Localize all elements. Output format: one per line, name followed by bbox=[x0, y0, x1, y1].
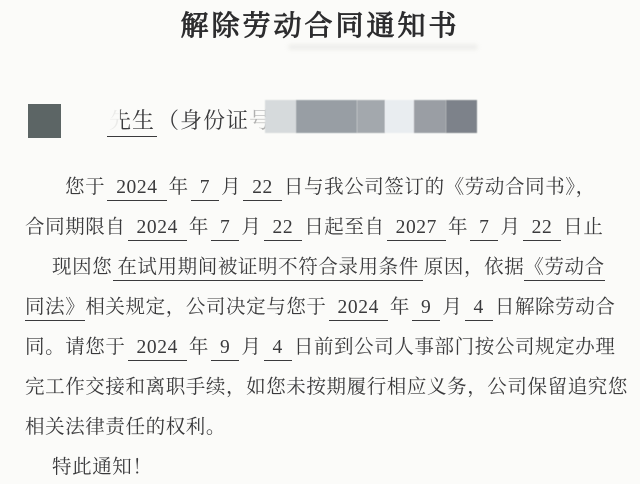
body-line-5: 同。请您于2024年9月4日前到公司人事部门按公司规定办理 bbox=[25, 328, 622, 368]
recipient-id-label: （身份证 bbox=[157, 108, 249, 133]
scan-artifact bbox=[288, 44, 478, 50]
blank-reason: 在试用期间被证明不符合录用条件 bbox=[113, 257, 423, 281]
id-redaction-block bbox=[385, 100, 414, 133]
blank-day: 22 bbox=[243, 177, 282, 201]
recipient-text: 先生（身份证号 bbox=[107, 104, 272, 135]
blank-year: 2024 bbox=[128, 217, 187, 241]
name-partial-redaction bbox=[105, 102, 120, 134]
termination-notice-document: 解除劳动合同通知书 先生（身份证号 您于2024年7月22日与我公司签订的《劳动… bbox=[0, 0, 640, 484]
blank-month: 7 bbox=[211, 217, 239, 241]
document-body: 您于2024年7月22日与我公司签订的《劳动合同书》， 合同期限自2024年7月… bbox=[25, 168, 622, 484]
id-redaction-block bbox=[357, 100, 385, 133]
blank-day: 4 bbox=[264, 337, 292, 361]
text-segment: 日前到公司人事部门按公司规定办理 bbox=[294, 337, 616, 358]
text-segment: 年 bbox=[169, 177, 189, 198]
blank-month: 7 bbox=[191, 177, 219, 201]
blank-year: 2027 bbox=[387, 217, 446, 241]
text-segment: 日解除劳动合 bbox=[495, 297, 616, 318]
blank-day: 22 bbox=[264, 217, 303, 241]
text-segment: 年 bbox=[448, 217, 468, 238]
id-redaction-block bbox=[296, 100, 357, 133]
body-line-6: 完工作交接和离职手续，如您未按期履行相应义务，公司保留追究您 bbox=[25, 368, 622, 408]
text-segment: 月 bbox=[241, 337, 261, 358]
text-segment: 相关法律责任的权利。 bbox=[25, 417, 226, 438]
blank-year: 2024 bbox=[329, 297, 388, 321]
id-redaction-block bbox=[446, 100, 477, 133]
law-reference-end: 同法》 bbox=[25, 297, 85, 321]
blank-year: 2024 bbox=[107, 177, 166, 201]
text-segment: 日与我公司签订的《劳动合同书》， bbox=[284, 177, 596, 198]
text-segment: 年 bbox=[189, 337, 209, 358]
blank-month: 7 bbox=[470, 217, 498, 241]
text-segment: 日止 bbox=[563, 217, 603, 238]
law-reference-start: 《劳动合 bbox=[524, 257, 604, 281]
blank-month: 9 bbox=[412, 297, 440, 321]
text-segment: 月 bbox=[221, 177, 241, 198]
body-line-2: 合同期限自2024年7月22日起至自2027年7月22日止 bbox=[25, 208, 622, 248]
text-segment: 月 bbox=[241, 217, 261, 238]
text-segment: 合同期限自 bbox=[25, 217, 126, 238]
text-segment: 完工作交接和离职手续，如您未按期履行相应义务，公司保留追究您 bbox=[25, 377, 628, 398]
name-redaction-box bbox=[28, 104, 61, 138]
blank-year: 2024 bbox=[128, 337, 187, 361]
text-segment: 日起至自 bbox=[304, 217, 384, 238]
text-segment: 原因，依据 bbox=[424, 257, 525, 278]
id-number-redaction bbox=[265, 100, 477, 133]
id-redaction-block bbox=[265, 100, 296, 133]
text-segment: 现因您 bbox=[52, 257, 112, 278]
document-title: 解除劳动合同通知书 bbox=[0, 4, 640, 44]
id-redaction-block bbox=[414, 100, 446, 133]
blank-day: 4 bbox=[465, 297, 493, 321]
blank-month: 9 bbox=[211, 337, 239, 361]
text-segment: 年 bbox=[189, 217, 209, 238]
text-segment: 同。请您于 bbox=[25, 337, 126, 358]
text-segment: 月 bbox=[500, 217, 520, 238]
text-segment: 月 bbox=[442, 297, 462, 318]
body-line-4: 同法》相关规定，公司决定与您于2024年9月4日解除劳动合 bbox=[25, 288, 622, 328]
closing-phrase: 特此通知！ bbox=[52, 457, 153, 478]
body-line-3: 现因您在试用期间被证明不符合录用条件原因，依据《劳动合 bbox=[25, 248, 622, 288]
text-segment: 年 bbox=[390, 297, 410, 318]
text-segment: 您于 bbox=[65, 177, 105, 198]
body-line-1: 您于2024年7月22日与我公司签订的《劳动合同书》， bbox=[25, 168, 622, 208]
body-line-8: 特此通知！ bbox=[25, 448, 622, 484]
recipient-line: 先生（身份证号 bbox=[0, 100, 640, 142]
text-segment: 相关规定，公司决定与您于 bbox=[85, 297, 326, 318]
body-line-7: 相关法律责任的权利。 bbox=[25, 408, 622, 448]
blank-day: 22 bbox=[523, 217, 562, 241]
